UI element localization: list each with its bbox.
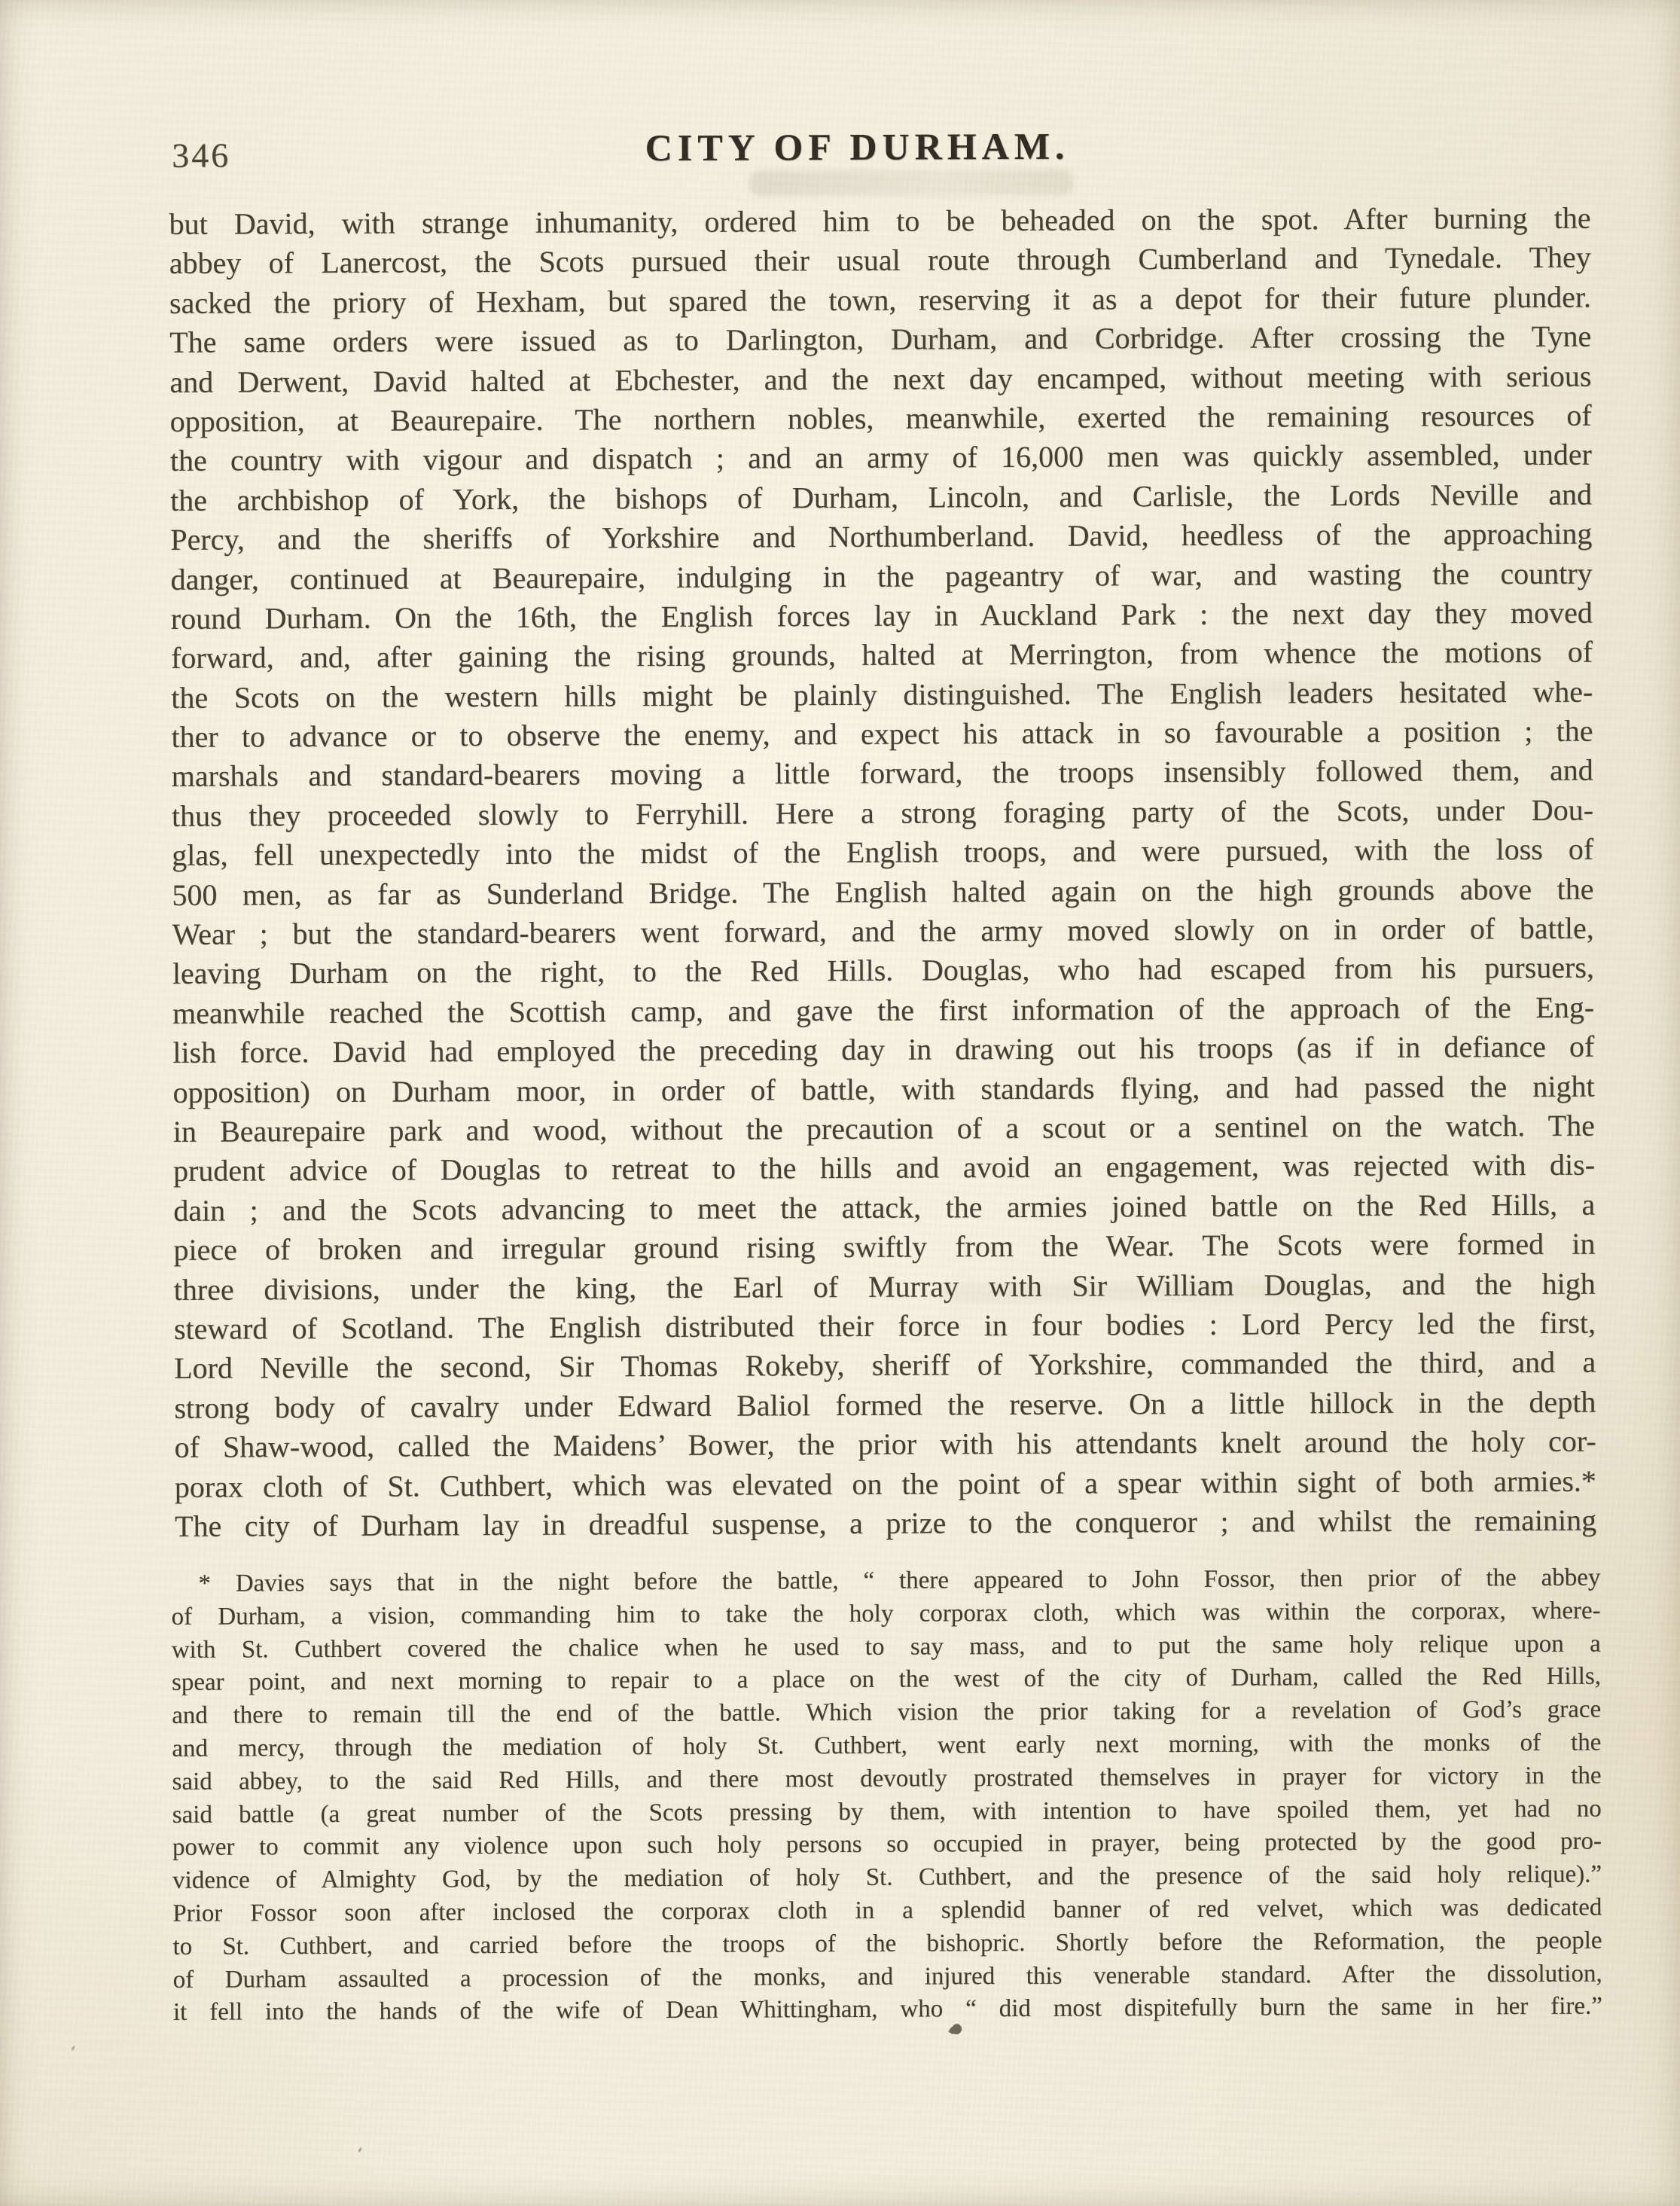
text-line: of Durham, a vision, commanding him to t… — [172, 1594, 1601, 1634]
show-through-ghost — [749, 169, 1073, 197]
page-scan: 346 CITY OF DURHAM. but David, with stra… — [0, 0, 1680, 2206]
text-line: abbey of Lanercost, the Scots pursued th… — [169, 238, 1591, 284]
footnote: * Davies says that in the night before t… — [171, 1562, 1602, 2030]
text-line: Percy, and the sheriffs of Yorkshire and… — [170, 514, 1592, 560]
text-line: the Scots on the western hills might be … — [171, 672, 1593, 718]
text-line: it fell into the hands of the wife of De… — [173, 1991, 1602, 2030]
text-line: leaving Durham on the right, to the Red … — [172, 948, 1594, 994]
text-line: danger, continued at Beaurepaire, indulg… — [170, 554, 1592, 600]
text-line: ther to advance or to observe the enemy,… — [171, 712, 1593, 758]
text-line: sacked the priory of Hexham, but spared … — [169, 277, 1591, 323]
print-area: 346 CITY OF DURHAM. but David, with stra… — [0, 0, 1680, 2206]
text-line: round Durham. On the 16th, the English f… — [171, 593, 1593, 639]
text-line: The city of Durham lay in dreadful suspe… — [175, 1501, 1596, 1547]
paper-speckles — [358, 2147, 362, 2153]
text-line: forward, and, after gaining the rising g… — [171, 633, 1593, 679]
text-line: the country with vigour and dispatch ; a… — [170, 435, 1592, 481]
running-title: CITY OF DURHAM. — [0, 121, 1676, 172]
text-line: The same orders were issued as to Darlin… — [169, 317, 1591, 363]
text-line: prudent advice of Douglas to retreat to … — [173, 1146, 1595, 1191]
page-title: CITY OF DURHAM. — [645, 124, 1070, 169]
text-line: said abbey, to the said Red Hills, and t… — [172, 1759, 1601, 1799]
text-line: opposition, at Beaurepaire. The northern… — [170, 396, 1592, 442]
text-line: to St. Cuthbert, and carried before the … — [172, 1924, 1602, 1963]
text-line: opposition) on Durham moor, in order of … — [172, 1066, 1594, 1112]
text-line: and Derwent, David halted at Ebchester, … — [169, 356, 1591, 402]
text-line: in Beaurepaire park and wood, without th… — [173, 1106, 1595, 1152]
text-line: piece of broken and irregular ground ris… — [173, 1225, 1595, 1271]
text-line: 500 men, as far as Sunderland Bridge. Th… — [172, 869, 1593, 915]
text-line: Lord Neville the second, Sir Thomas Roke… — [174, 1343, 1596, 1389]
text-line: strong body of cavalry under Edward Bali… — [174, 1382, 1596, 1428]
text-line: porax cloth of St. Cuthbert, which was e… — [175, 1461, 1596, 1507]
text-line: lish force. David had employed the prece… — [172, 1027, 1594, 1073]
text-line: thus they proceeded slowly to Ferryhill.… — [172, 790, 1593, 836]
text-line: the archbishop of York, the bishops of D… — [170, 474, 1592, 520]
text-line: steward of Scotland. The English distrib… — [174, 1304, 1596, 1350]
text-line: meanwhile reached the Scottish camp, and… — [172, 987, 1594, 1033]
body-text: but David, with strange inhumanity, orde… — [169, 199, 1596, 1547]
text-line: marshals and standard-bearers moving a l… — [172, 751, 1593, 797]
text-line: but David, with strange inhumanity, orde… — [169, 199, 1590, 245]
text-line: three divisions, under the king, the Ear… — [174, 1264, 1596, 1310]
text-line: of Shaw-wood, called the Maidens’ Bower,… — [175, 1422, 1596, 1468]
text-line: Wear ; but the standard-bearers went for… — [172, 909, 1594, 955]
text-line: dain ; and the Scots advancing to meet t… — [173, 1185, 1595, 1231]
text-line: glas, fell unexpectedly into the midst o… — [172, 830, 1593, 876]
